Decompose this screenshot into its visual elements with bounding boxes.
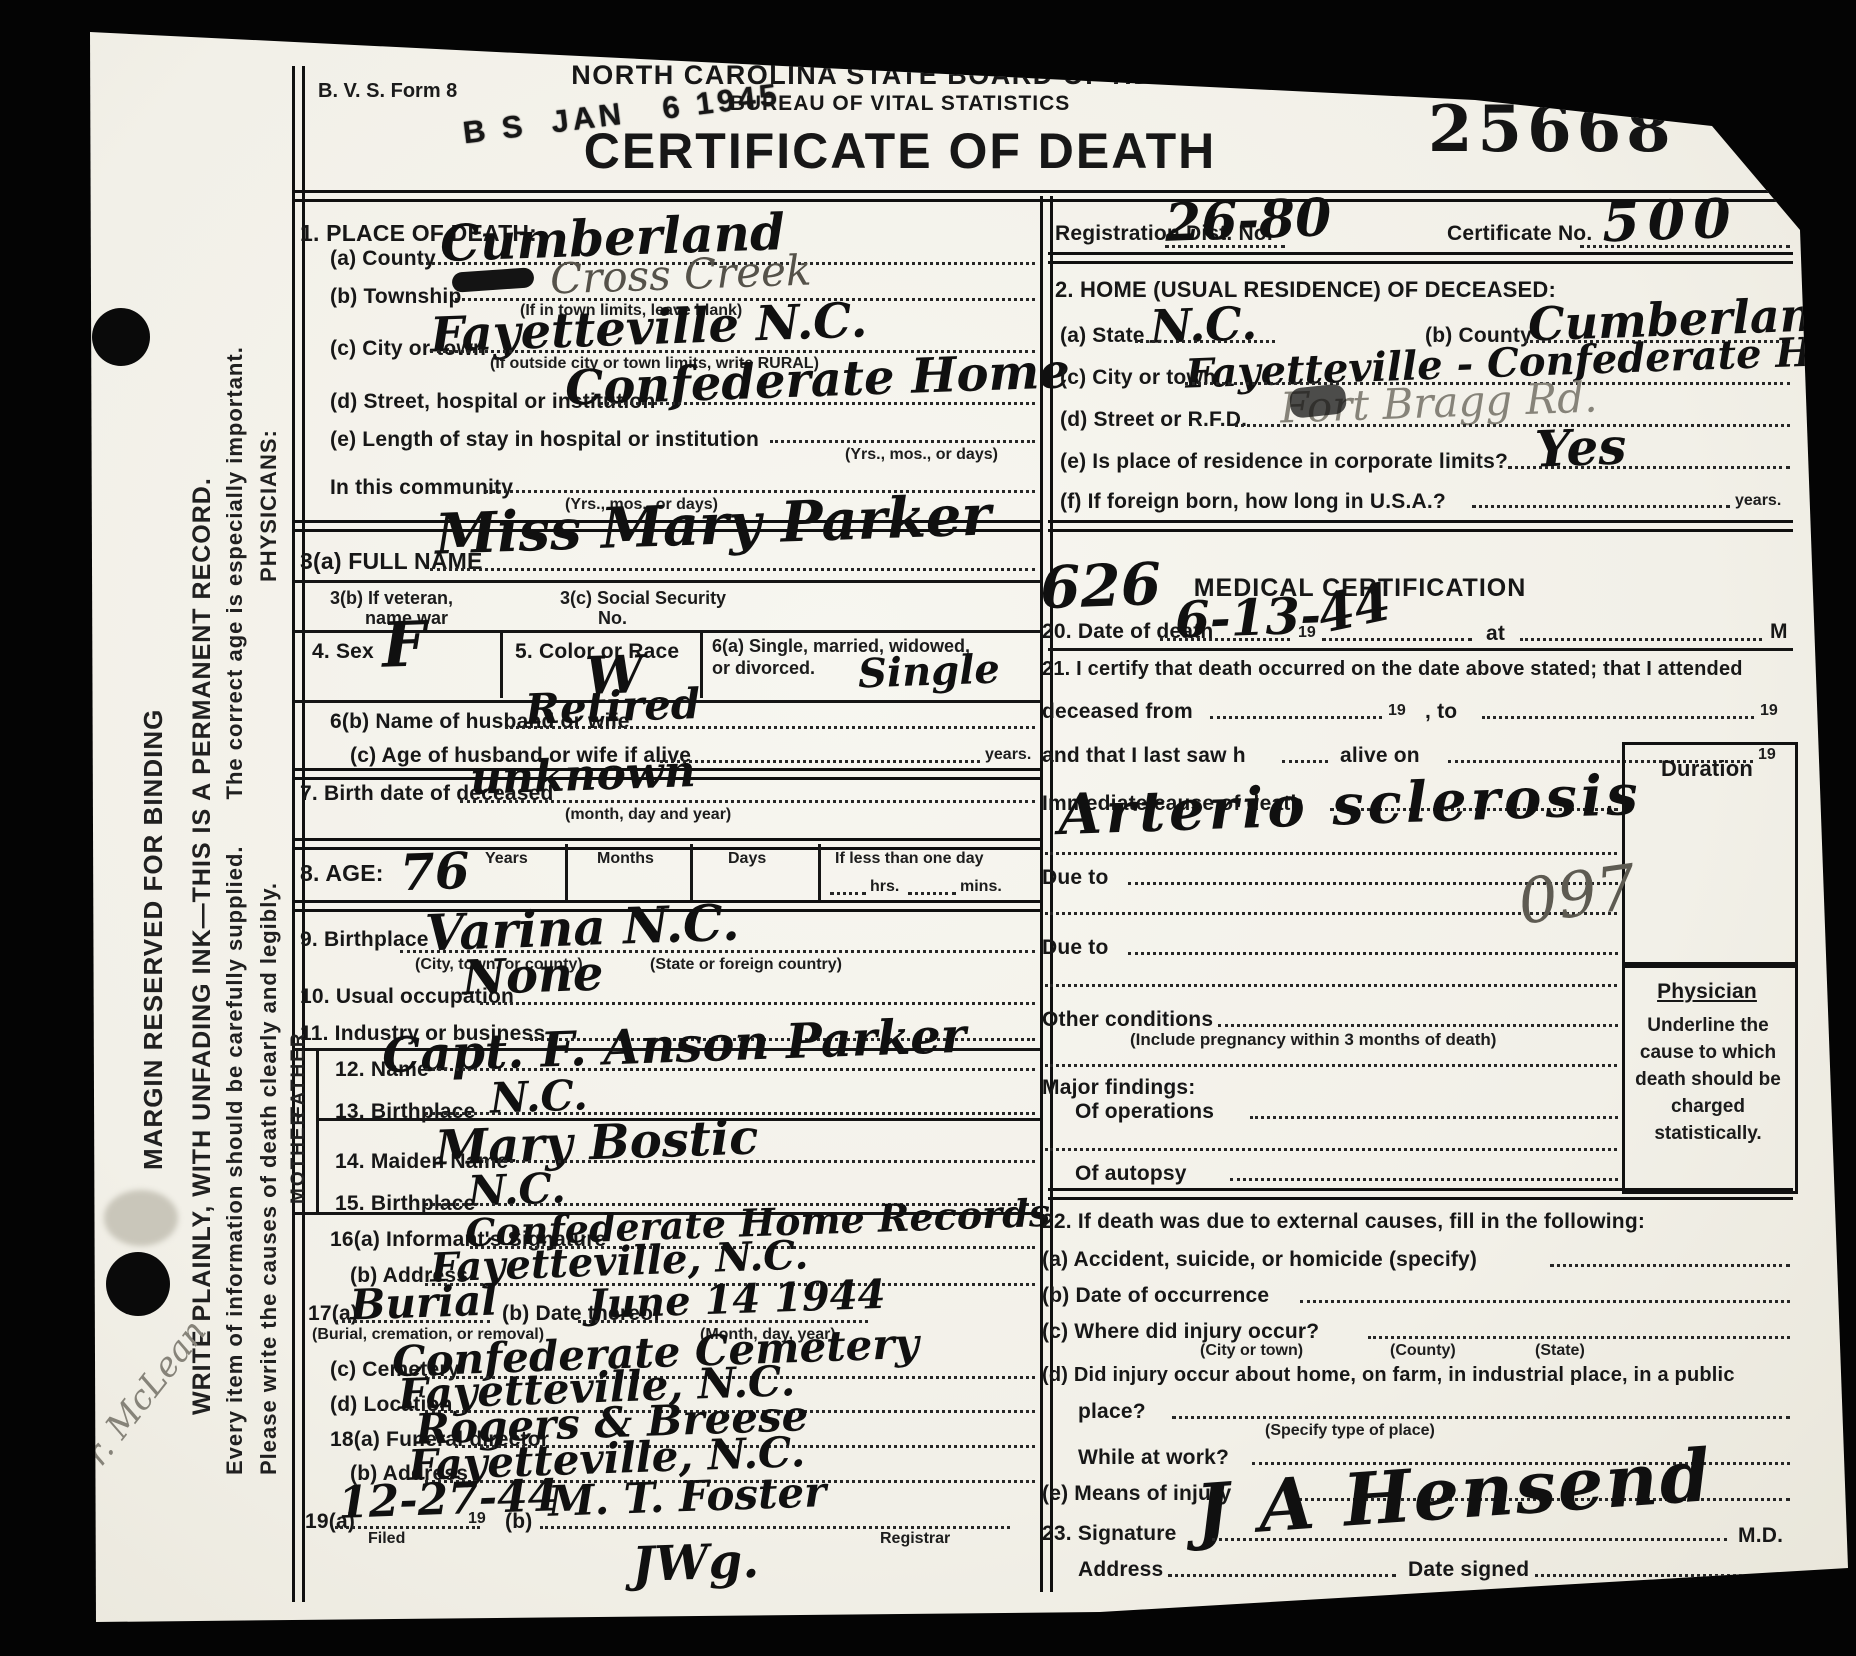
occupation-value: None bbox=[461, 946, 604, 1007]
date-year-line bbox=[1322, 638, 1472, 641]
immediate-cause-value: Arterio sclerosis bbox=[1057, 762, 1643, 848]
due-extra-line-2 bbox=[1045, 984, 1617, 987]
external-a-label: (a) Accident, suicide, or homicide (spec… bbox=[1042, 1248, 1477, 1272]
mother-name-line bbox=[485, 1160, 1035, 1163]
pencil-smudge bbox=[1289, 383, 1348, 419]
birthdate-note: (month, day and year) bbox=[565, 806, 731, 824]
certificate-no-label: Certificate No. bbox=[1447, 222, 1592, 246]
stay-label: (e) Length of stay in hospital or instit… bbox=[330, 428, 759, 452]
serial-number: 25668 bbox=[1428, 92, 1676, 167]
major-findings-label: Major findings: bbox=[1042, 1076, 1196, 1100]
age-hrs-label: hrs. bbox=[870, 878, 899, 896]
ssn-label: 3(c) Social Security bbox=[560, 588, 726, 609]
street-line bbox=[600, 402, 1035, 405]
age-days-header: Days bbox=[728, 850, 766, 868]
age-years-header: Years bbox=[485, 850, 528, 868]
md-label: M.D. bbox=[1738, 1524, 1783, 1548]
foreign-born-label: (f) If foreign born, how long in U.S.A.? bbox=[1060, 490, 1446, 514]
external-b-label: (b) Date of occurrence bbox=[1042, 1284, 1269, 1308]
external-d-label2: place? bbox=[1078, 1400, 1146, 1424]
cause-extra-line bbox=[1045, 852, 1617, 855]
certify-year-a: 19 bbox=[1388, 702, 1406, 720]
age-years-value: 76 bbox=[399, 841, 471, 902]
external-c-label: (c) Where did injury occur? bbox=[1042, 1320, 1319, 1344]
margin-binding-note: MARGIN RESERVED FOR BINDING bbox=[138, 340, 169, 1170]
bureau-name: BUREAU OF VITAL STATISTICS bbox=[520, 92, 1280, 116]
disposition-type-line bbox=[335, 1320, 490, 1323]
date-at-line bbox=[1520, 638, 1762, 641]
age-hrs-line bbox=[830, 892, 866, 895]
registrar-note: Registrar bbox=[880, 1530, 950, 1548]
registration-bottom-rule bbox=[1048, 252, 1793, 264]
spouse-line bbox=[505, 726, 1035, 729]
home-street-label: (d) Street or R.F.D. bbox=[1060, 408, 1247, 432]
external-c-note3: (State) bbox=[1535, 1342, 1585, 1360]
certify-from-label: deceased from bbox=[1042, 700, 1193, 724]
external-d-label: (d) Did injury occur about home, on farm… bbox=[1042, 1364, 1735, 1387]
physician-addr-label: Address bbox=[1078, 1558, 1163, 1582]
home-state-label: (a) State bbox=[1060, 324, 1145, 348]
other-conditions-label: Other conditions bbox=[1042, 1008, 1213, 1032]
registrar-field-label: (b) bbox=[505, 1510, 532, 1534]
of-operations-line bbox=[1250, 1116, 1618, 1119]
full-name-line bbox=[430, 568, 1035, 571]
form-number: B. V. S. Form 8 bbox=[318, 80, 457, 103]
registration-dist-line bbox=[1165, 245, 1285, 248]
occupation-line bbox=[480, 1002, 1035, 1005]
township-label: (b) Township bbox=[330, 285, 461, 309]
physician-label: Physician bbox=[1625, 980, 1789, 1004]
corporate-limits-line bbox=[1508, 466, 1790, 469]
birthdate-value: unknown bbox=[469, 746, 696, 805]
father-name-value: Capt. F. Anson Parker bbox=[381, 1008, 967, 1084]
date-signed-label: Date signed bbox=[1408, 1558, 1529, 1582]
due-to-line-2 bbox=[1128, 952, 1618, 955]
physician-note: Underline the cause to which death shoul… bbox=[1630, 1012, 1786, 1147]
duration-label: Duration bbox=[1625, 756, 1789, 782]
margin-line3-bottom: Every item of information should be care… bbox=[222, 845, 247, 1475]
date-of-death-line bbox=[1160, 638, 1290, 641]
certify-from-line bbox=[1210, 716, 1382, 719]
margin-line1: MARGIN RESERVED FOR BINDING bbox=[138, 709, 168, 1170]
column-rule bbox=[700, 630, 703, 698]
stay-note: (Yrs., mos., or days) bbox=[845, 446, 998, 464]
birthdate-line bbox=[460, 800, 1035, 803]
due-to-label-1: Due to bbox=[1042, 866, 1109, 890]
physician-signature-value: J A Hensend bbox=[1193, 1432, 1715, 1553]
veteran-label: 3(b) If veteran, bbox=[330, 588, 453, 609]
external-section: 22. If death was due to external causes,… bbox=[1042, 1210, 1645, 1234]
external-c-line bbox=[1368, 1336, 1790, 1339]
mother-side-label: MOTHER bbox=[288, 1128, 310, 1204]
date-signed-line bbox=[1535, 1574, 1790, 1577]
column-rule bbox=[500, 630, 503, 698]
age-mins-line bbox=[908, 892, 956, 895]
stay-line bbox=[770, 440, 1035, 443]
father-side-label: FATHER bbox=[288, 1052, 310, 1118]
filed-line bbox=[335, 1526, 480, 1529]
external-d-note: (Specify type of place) bbox=[1265, 1422, 1435, 1440]
county-label: (a) County bbox=[330, 247, 436, 271]
sex-label: 4. Sex bbox=[312, 640, 374, 664]
marital-label2: or divorced. bbox=[712, 658, 815, 679]
alive-on-label: alive on bbox=[1340, 744, 1420, 768]
operations-extra-line bbox=[1045, 1148, 1617, 1151]
filed-note: Filed bbox=[368, 1530, 405, 1548]
home-bottom-rule bbox=[1048, 520, 1793, 532]
spouse-age-units: years. bbox=[985, 746, 1031, 764]
ssn-label2: No. bbox=[598, 608, 627, 629]
parent-label-rule bbox=[316, 1048, 319, 1212]
age-months-header: Months bbox=[597, 850, 654, 868]
certify-year-b: 19 bbox=[1760, 702, 1778, 720]
corporate-limits-label: (e) Is place of residence in corporate l… bbox=[1060, 450, 1508, 474]
certify-to-line bbox=[1482, 716, 1754, 719]
of-autopsy-line bbox=[1230, 1178, 1618, 1181]
marital-value: Single bbox=[857, 646, 1000, 698]
margin-line4-top: PHYSICIANS: bbox=[256, 429, 281, 582]
due-to-label-2: Due to bbox=[1042, 936, 1109, 960]
left-border-rule bbox=[292, 66, 305, 1602]
hole-punch-bottom bbox=[106, 1252, 170, 1316]
physician-signature-label: 23. Signature bbox=[1042, 1522, 1176, 1546]
age-less-than-day-header: If less than one day bbox=[835, 850, 983, 868]
scanned-death-certificate: MARGIN RESERVED FOR BINDING WRITE PLAINL… bbox=[0, 0, 1856, 1656]
age-column-rule bbox=[565, 844, 568, 902]
certify-to-label: , to bbox=[1425, 700, 1457, 724]
margin-legibly-note: Please write the causes of death clearly… bbox=[256, 185, 282, 1475]
birthplace-note2: (State or foreign country) bbox=[650, 956, 842, 974]
physician-addr-line bbox=[1168, 1574, 1396, 1577]
external-d-line bbox=[1172, 1416, 1790, 1419]
margin-line4-bottom: Please write the causes of death clearly… bbox=[256, 882, 281, 1475]
filed-year-printed: 19 bbox=[468, 1510, 486, 1528]
registrar-initials: JWg. bbox=[631, 1533, 760, 1593]
last-saw-line1 bbox=[1282, 760, 1328, 763]
home-street-line bbox=[1235, 424, 1790, 427]
registrar-value: M. T. Foster bbox=[547, 1467, 827, 1526]
margin-line3-top: The correct age is especially important. bbox=[222, 346, 247, 799]
margin-supplied-note: Every item of information should be care… bbox=[222, 185, 248, 1475]
physician-signature-line bbox=[1212, 1538, 1727, 1541]
margin-permanent-record-note: WRITE PLAINLY, WITH UNFADING INK—THIS IS… bbox=[188, 195, 217, 1415]
registration-dist-value: 26-80 bbox=[1164, 187, 1332, 254]
row-rule bbox=[294, 580, 1040, 583]
certificate-title: CERTIFICATE OF DEATH bbox=[500, 122, 1300, 180]
spouse-age-line bbox=[660, 760, 980, 763]
certificate-page: MARGIN RESERVED FOR BINDING WRITE PLAINL… bbox=[0, 0, 1856, 1656]
certify-statement: 21. I certify that death occurred on the… bbox=[1042, 658, 1743, 681]
last-saw-label: and that I last saw h bbox=[1042, 744, 1246, 768]
age-mins-label: mins. bbox=[960, 878, 1002, 896]
date-at-label: at bbox=[1486, 622, 1505, 646]
external-b-line bbox=[1300, 1300, 1790, 1303]
other-conditions-line bbox=[1218, 1024, 1618, 1027]
father-name-line bbox=[425, 1068, 1035, 1071]
foreign-born-line bbox=[1472, 505, 1730, 508]
margin-line2: WRITE PLAINLY, WITH UNFADING INK—THIS IS… bbox=[188, 477, 216, 1415]
date-m-label: M bbox=[1770, 620, 1788, 644]
other-extra-line bbox=[1045, 1064, 1617, 1067]
scan-smudge bbox=[104, 1190, 178, 1246]
sex-value: F bbox=[381, 607, 428, 681]
medical-bottom-rule bbox=[1048, 1188, 1793, 1200]
certificate-no-line bbox=[1580, 245, 1790, 248]
date-year-printed: 19 bbox=[1298, 624, 1316, 642]
community-label: In this community bbox=[330, 476, 513, 500]
date-year-value: 44 bbox=[1312, 571, 1395, 646]
of-operations-label: Of operations bbox=[1075, 1100, 1214, 1124]
corporate-limits-value: Yes bbox=[1534, 416, 1627, 478]
full-name-value: Miss Mary Parker bbox=[434, 482, 992, 567]
row-rule bbox=[1048, 648, 1793, 651]
external-a-line bbox=[1550, 1264, 1790, 1267]
registrar-line bbox=[540, 1526, 1010, 1529]
birthplace-label: 9. Birthplace bbox=[300, 928, 429, 952]
external-c-note1: (City or town) bbox=[1200, 1342, 1303, 1360]
foreign-born-units: years. bbox=[1735, 492, 1781, 510]
external-c-note2: (County) bbox=[1390, 1342, 1456, 1360]
age-label: 8. AGE: bbox=[300, 860, 384, 887]
home-section: 2. HOME (USUAL RESIDENCE) OF DECEASED: bbox=[1055, 277, 1556, 303]
board-name: NORTH CAROLINA STATE BOARD OF HEALTH bbox=[520, 60, 1280, 91]
home-state-line bbox=[1135, 340, 1275, 343]
age-column-rule bbox=[818, 844, 821, 902]
home-state-value: N.C. bbox=[1149, 296, 1258, 354]
other-conditions-note: (Include pregnancy within 3 months of de… bbox=[1130, 1030, 1496, 1050]
ink-blot bbox=[451, 267, 534, 293]
of-autopsy-label: Of autopsy bbox=[1075, 1162, 1187, 1186]
